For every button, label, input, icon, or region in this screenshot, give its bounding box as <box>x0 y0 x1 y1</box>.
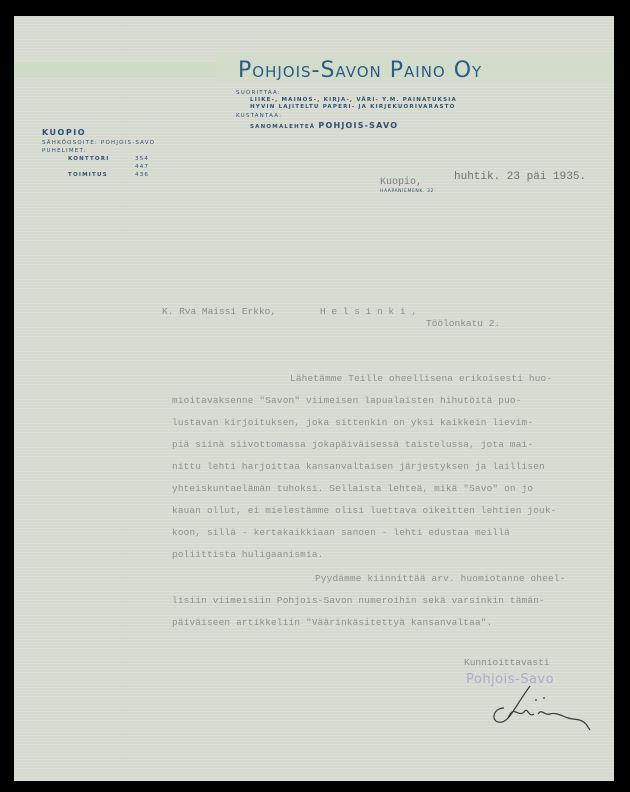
service-line-1: LIIKE-, MAINOS-, KIRJA-, VÄRI- Y.M. PAIN… <box>250 97 457 103</box>
phone-konttori-label: KONTTORI <box>68 156 109 162</box>
place: Kuopio, <box>380 177 422 188</box>
phone-extra-number: 447 <box>135 164 149 170</box>
phone-toimitus-label: TOIMITUS <box>68 172 108 178</box>
newspaper-line: SANOMALEHTEÄ POHJOIS-SAVO <box>250 121 398 130</box>
signature-icon <box>484 678 604 738</box>
kustantaa-label: KUSTANTAA: <box>236 113 282 119</box>
body-line-12: päiväiseen artikkeliin "Väärinkäsitettyä… <box>172 617 492 628</box>
body-line-4: piä siinä siivottomassa jokapäiväisessä … <box>172 439 533 450</box>
recipient-city: H e l s i n k i , <box>320 306 417 317</box>
phone-toimitus-number: 436 <box>135 172 149 178</box>
body-line-2: mioitavaksenne "Savon" viimeisen lapuala… <box>172 395 522 406</box>
company-name: Pohjois-Savon Paino Oy <box>238 58 482 83</box>
body-line-11: lisiin viimeisiin Pohjois-Savon numeroih… <box>172 595 545 606</box>
body-line-5: nittu lehti harjoittaa kansanvaltaisen j… <box>172 461 545 472</box>
telegram-address: SÄHKÖOSOITE: POHJOIS-SAVO <box>42 140 155 146</box>
street-address: HAAPANIEMENK. 32 <box>380 189 434 194</box>
body-line-1: Lähetämme Teille oheellisena erikoisesti… <box>290 373 552 384</box>
body-line-8: koon, sillä - kertakaikkiaan sanoen - le… <box>172 527 510 538</box>
letter-page: Pohjois-Savon Paino Oy SUORITTAA: LIIKE-… <box>14 16 614 781</box>
newspaper-name: POHJOIS-SAVO <box>318 121 398 130</box>
body-line-10: Pyydämme kiinnittää arv. huomiotanne ohe… <box>315 573 566 584</box>
closing-salutation: Kunnioittavasti <box>464 657 550 668</box>
city-heading: KUOPIO <box>42 128 86 137</box>
phone-konttori-number: 354 <box>135 156 149 162</box>
body-line-3: lustavan kirjoituksen, joka sittenkin on… <box>172 417 533 428</box>
body-line-7: kauan ollut, ei mielestämme olisi luetta… <box>172 505 557 516</box>
suorittaa-label: SUORITTAA: <box>236 90 281 96</box>
body-line-9: poliittista huligaanismia. <box>172 549 323 560</box>
recipient-street: Töölonkatu 2. <box>426 318 500 329</box>
letter-date: huhtik. 23 päi 1935. <box>454 171 586 183</box>
service-line-2: HYVIN LAJITELTU PAPERI- JA KIRJEKUORIVAR… <box>250 104 456 110</box>
recipient-name: K. Rva Maissi Erkko, <box>162 306 276 317</box>
newspaper-prefix: SANOMALEHTEÄ <box>250 124 315 130</box>
body-line-6: yhteiskuntaelämän tuhoksi. Sellaista leh… <box>172 483 533 494</box>
phones-label: PUHELIMET: <box>42 148 86 154</box>
